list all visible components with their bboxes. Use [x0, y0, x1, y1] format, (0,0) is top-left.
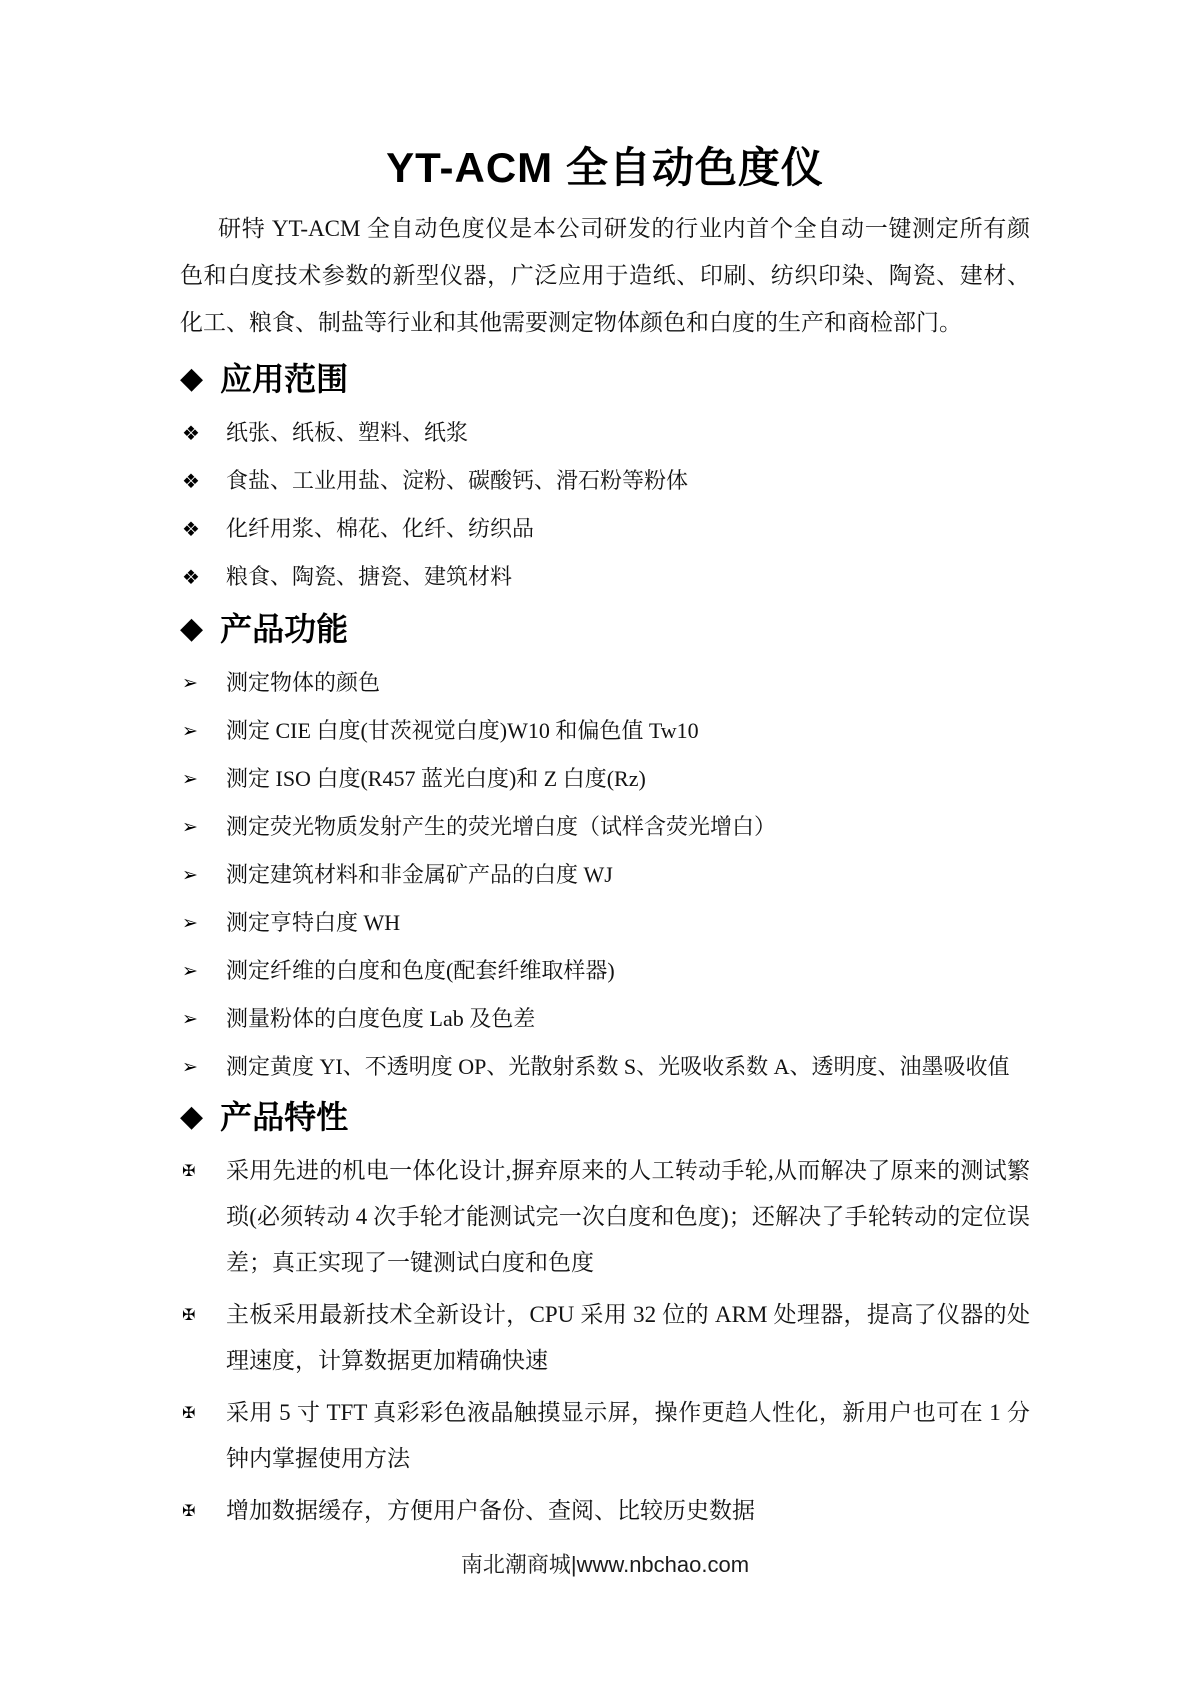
- list-item-text: 主板采用最新技术全新设计，CPU 采用 32 位的 ARM 处理器，提高了仪器的…: [226, 1302, 1030, 1373]
- list-item-text: 测定建筑材料和非金属矿产品的白度 WJ: [226, 862, 613, 887]
- section-heading-functions: ◆ 产品功能: [180, 608, 1030, 650]
- list-item-text: 化纤用浆、棉花、化纤、纺织品: [226, 516, 534, 541]
- document-page: YT-ACM 全自动色度仪 研特 YT-ACM 全自动色度仪是本公司研发的行业内…: [0, 0, 1200, 1697]
- list-item-text: 测量粉体的白度色度 Lab 及色差: [226, 1006, 535, 1031]
- list-item: ➢ 测定纤维的白度和色度(配套纤维取样器): [180, 948, 1030, 994]
- arrowhead-bullet-icon: ➢: [182, 900, 198, 946]
- section-heading-applications: ◆ 应用范围: [180, 358, 1030, 400]
- four-diamond-bullet-icon: ❖: [182, 506, 200, 552]
- list-item: ➢ 测定荧光物质发射产生的荧光增白度（试样含荧光增白）: [180, 804, 1030, 850]
- arrowhead-bullet-icon: ➢: [182, 756, 198, 802]
- list-item-text: 测定荧光物质发射产生的荧光增白度（试样含荧光增白）: [226, 814, 776, 839]
- list-item: ➢ 测定 CIE 白度(甘茨视觉白度)W10 和偏色值 Tw10: [180, 708, 1030, 754]
- list-item-text: 测定纤维的白度和色度(配套纤维取样器): [226, 958, 615, 983]
- section-heading-functions-label: 产品功能: [220, 608, 348, 650]
- list-item-text: 采用 5 寸 TFT 真彩彩色液晶触摸显示屏，操作更趋人性化，新用户也可在 1 …: [226, 1400, 1030, 1471]
- diamond-icon: ◆: [180, 1096, 203, 1138]
- four-diamond-bullet-icon: ❖: [182, 458, 200, 504]
- list-item-text: 测定亨特白度 WH: [226, 910, 400, 935]
- list-item: ➢ 测定建筑材料和非金属矿产品的白度 WJ: [180, 852, 1030, 898]
- list-item-text: 增加数据缓存，方便用户备份、查阅、比较历史数据: [226, 1498, 755, 1523]
- diamond-icon: ◆: [180, 358, 203, 400]
- list-item: ❖ 粮食、陶瓷、搪瓷、建筑材料: [180, 554, 1030, 600]
- list-item: ❖ 纸张、纸板、塑料、纸浆: [180, 410, 1030, 456]
- list-item: ✠ 增加数据缓存，方便用户备份、查阅、比较历史数据: [180, 1488, 1030, 1534]
- intro-paragraph: 研特 YT-ACM 全自动色度仪是本公司研发的行业内首个全自动一键测定所有颜色和…: [180, 205, 1030, 346]
- list-item-text: 采用先进的机电一体化设计,摒弃原来的人工转动手轮,从而解决了原来的测试繁琐(必须…: [226, 1158, 1030, 1275]
- list-item-text: 测定物体的颜色: [226, 670, 380, 695]
- list-item-text: 食盐、工业用盐、淀粉、碳酸钙、滑石粉等粉体: [226, 468, 688, 493]
- list-item: ➢ 测量粉体的白度色度 Lab 及色差: [180, 996, 1030, 1042]
- four-diamond-bullet-icon: ❖: [182, 554, 200, 600]
- arrowhead-bullet-icon: ➢: [182, 660, 198, 706]
- list-item-text: 纸张、纸板、塑料、纸浆: [226, 420, 468, 445]
- list-item: ➢ 测定亨特白度 WH: [180, 900, 1030, 946]
- applications-list: ❖ 纸张、纸板、塑料、纸浆 ❖ 食盐、工业用盐、淀粉、碳酸钙、滑石粉等粉体 ❖ …: [180, 410, 1030, 600]
- list-item: ✠ 采用先进的机电一体化设计,摒弃原来的人工转动手轮,从而解决了原来的测试繁琐(…: [180, 1148, 1030, 1286]
- section-heading-applications-label: 应用范围: [220, 358, 348, 400]
- arrowhead-bullet-icon: ➢: [182, 996, 198, 1042]
- functions-list: ➢ 测定物体的颜色 ➢ 测定 CIE 白度(甘茨视觉白度)W10 和偏色值 Tw…: [180, 660, 1030, 1090]
- list-item-text: 测定 ISO 白度(R457 蓝光白度)和 Z 白度(Rz): [226, 766, 646, 791]
- page-title: YT-ACM 全自动色度仪: [180, 0, 1030, 200]
- list-item-text: 粮食、陶瓷、搪瓷、建筑材料: [226, 564, 512, 589]
- features-list: ✠ 采用先进的机电一体化设计,摒弃原来的人工转动手轮,从而解决了原来的测试繁琐(…: [180, 1148, 1030, 1534]
- section-heading-features-label: 产品特性: [220, 1096, 348, 1138]
- maltese-cross-bullet-icon: ✠: [182, 1488, 195, 1534]
- arrowhead-bullet-icon: ➢: [182, 708, 198, 754]
- list-item: ➢ 测定物体的颜色: [180, 660, 1030, 706]
- list-item-text: 测定 CIE 白度(甘茨视觉白度)W10 和偏色值 Tw10: [226, 718, 699, 743]
- list-item: ✠ 主板采用最新技术全新设计，CPU 采用 32 位的 ARM 处理器，提高了仪…: [180, 1292, 1030, 1384]
- maltese-cross-bullet-icon: ✠: [182, 1292, 195, 1338]
- arrowhead-bullet-icon: ➢: [182, 1044, 198, 1090]
- list-item-text: 测定黄度 YI、不透明度 OP、光散射系数 S、光吸收系数 A、透明度、油墨吸收…: [226, 1054, 1009, 1079]
- list-item: ➢ 测定黄度 YI、不透明度 OP、光散射系数 S、光吸收系数 A、透明度、油墨…: [180, 1044, 1030, 1090]
- arrowhead-bullet-icon: ➢: [182, 948, 198, 994]
- maltese-cross-bullet-icon: ✠: [182, 1148, 195, 1194]
- arrowhead-bullet-icon: ➢: [182, 852, 198, 898]
- four-diamond-bullet-icon: ❖: [182, 410, 200, 456]
- diamond-icon: ◆: [180, 608, 203, 650]
- page-footer: 南北潮商城|www.nbchao.com: [180, 1550, 1030, 1580]
- list-item: ❖ 化纤用浆、棉花、化纤、纺织品: [180, 506, 1030, 552]
- list-item: ❖ 食盐、工业用盐、淀粉、碳酸钙、滑石粉等粉体: [180, 458, 1030, 504]
- arrowhead-bullet-icon: ➢: [182, 804, 198, 850]
- maltese-cross-bullet-icon: ✠: [182, 1390, 195, 1436]
- section-heading-features: ◆ 产品特性: [180, 1096, 1030, 1138]
- list-item: ✠ 采用 5 寸 TFT 真彩彩色液晶触摸显示屏，操作更趋人性化，新用户也可在 …: [180, 1390, 1030, 1482]
- list-item: ➢ 测定 ISO 白度(R457 蓝光白度)和 Z 白度(Rz): [180, 756, 1030, 802]
